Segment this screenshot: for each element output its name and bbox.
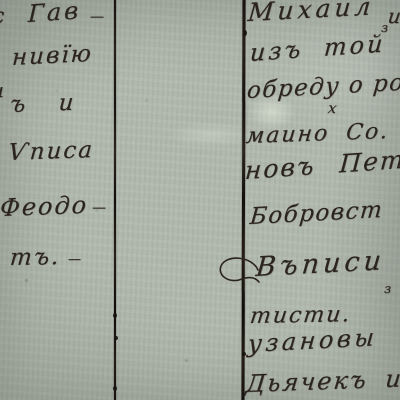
handwritten-line: Гав — [28, 0, 82, 26]
handwritten-line: Дьячекъ и — [245, 366, 400, 396]
filler-dash: — — [92, 201, 106, 215]
handwritten-line: нивїю — [11, 43, 93, 70]
handwritten-line: Ѵписа — [7, 139, 95, 165]
ink-blot — [243, 30, 247, 36]
capital-flourish-stroke — [216, 252, 260, 288]
filler-dash: — — [90, 10, 104, 24]
filler-dash: — — [68, 253, 81, 266]
superscript-letter: з — [384, 283, 391, 296]
ink-blot — [113, 386, 117, 391]
edge-stroke-fragment: с — [0, 6, 4, 28]
handwritten-line: ъ и — [9, 92, 74, 117]
ink-blot — [113, 313, 117, 318]
descender-stroke: х — [327, 101, 338, 116]
cutoff-letter: и — [387, 6, 400, 26]
paper-speckles — [6, 30, 7, 31]
handwritten-line: Феодо — [0, 193, 89, 220]
handwritten-line: изъ той — [249, 31, 386, 65]
handwritten-line: тъ. — [9, 246, 61, 270]
column-rule-left — [114, 0, 116, 400]
handwritten-line: Михаил — [247, 0, 376, 25]
handwritten-line: обреду о ро — [246, 72, 400, 103]
manuscript-page: с и Гав — нивїю ъ и Ѵписа Феодо — тъ. — … — [0, 0, 400, 400]
handwritten-line: новъ Пет — [244, 147, 400, 183]
ink-blot — [114, 336, 118, 340]
handwritten-line: Въписи — [255, 247, 386, 281]
handwritten-line: узановы — [247, 325, 379, 356]
column-rule-right — [241, 0, 245, 400]
handwritten-line: Бобровст — [249, 199, 384, 229]
handwritten-line: маино Со. — [245, 121, 391, 148]
edge-stroke-fragment: и — [0, 80, 4, 100]
ink-blot — [242, 352, 246, 356]
